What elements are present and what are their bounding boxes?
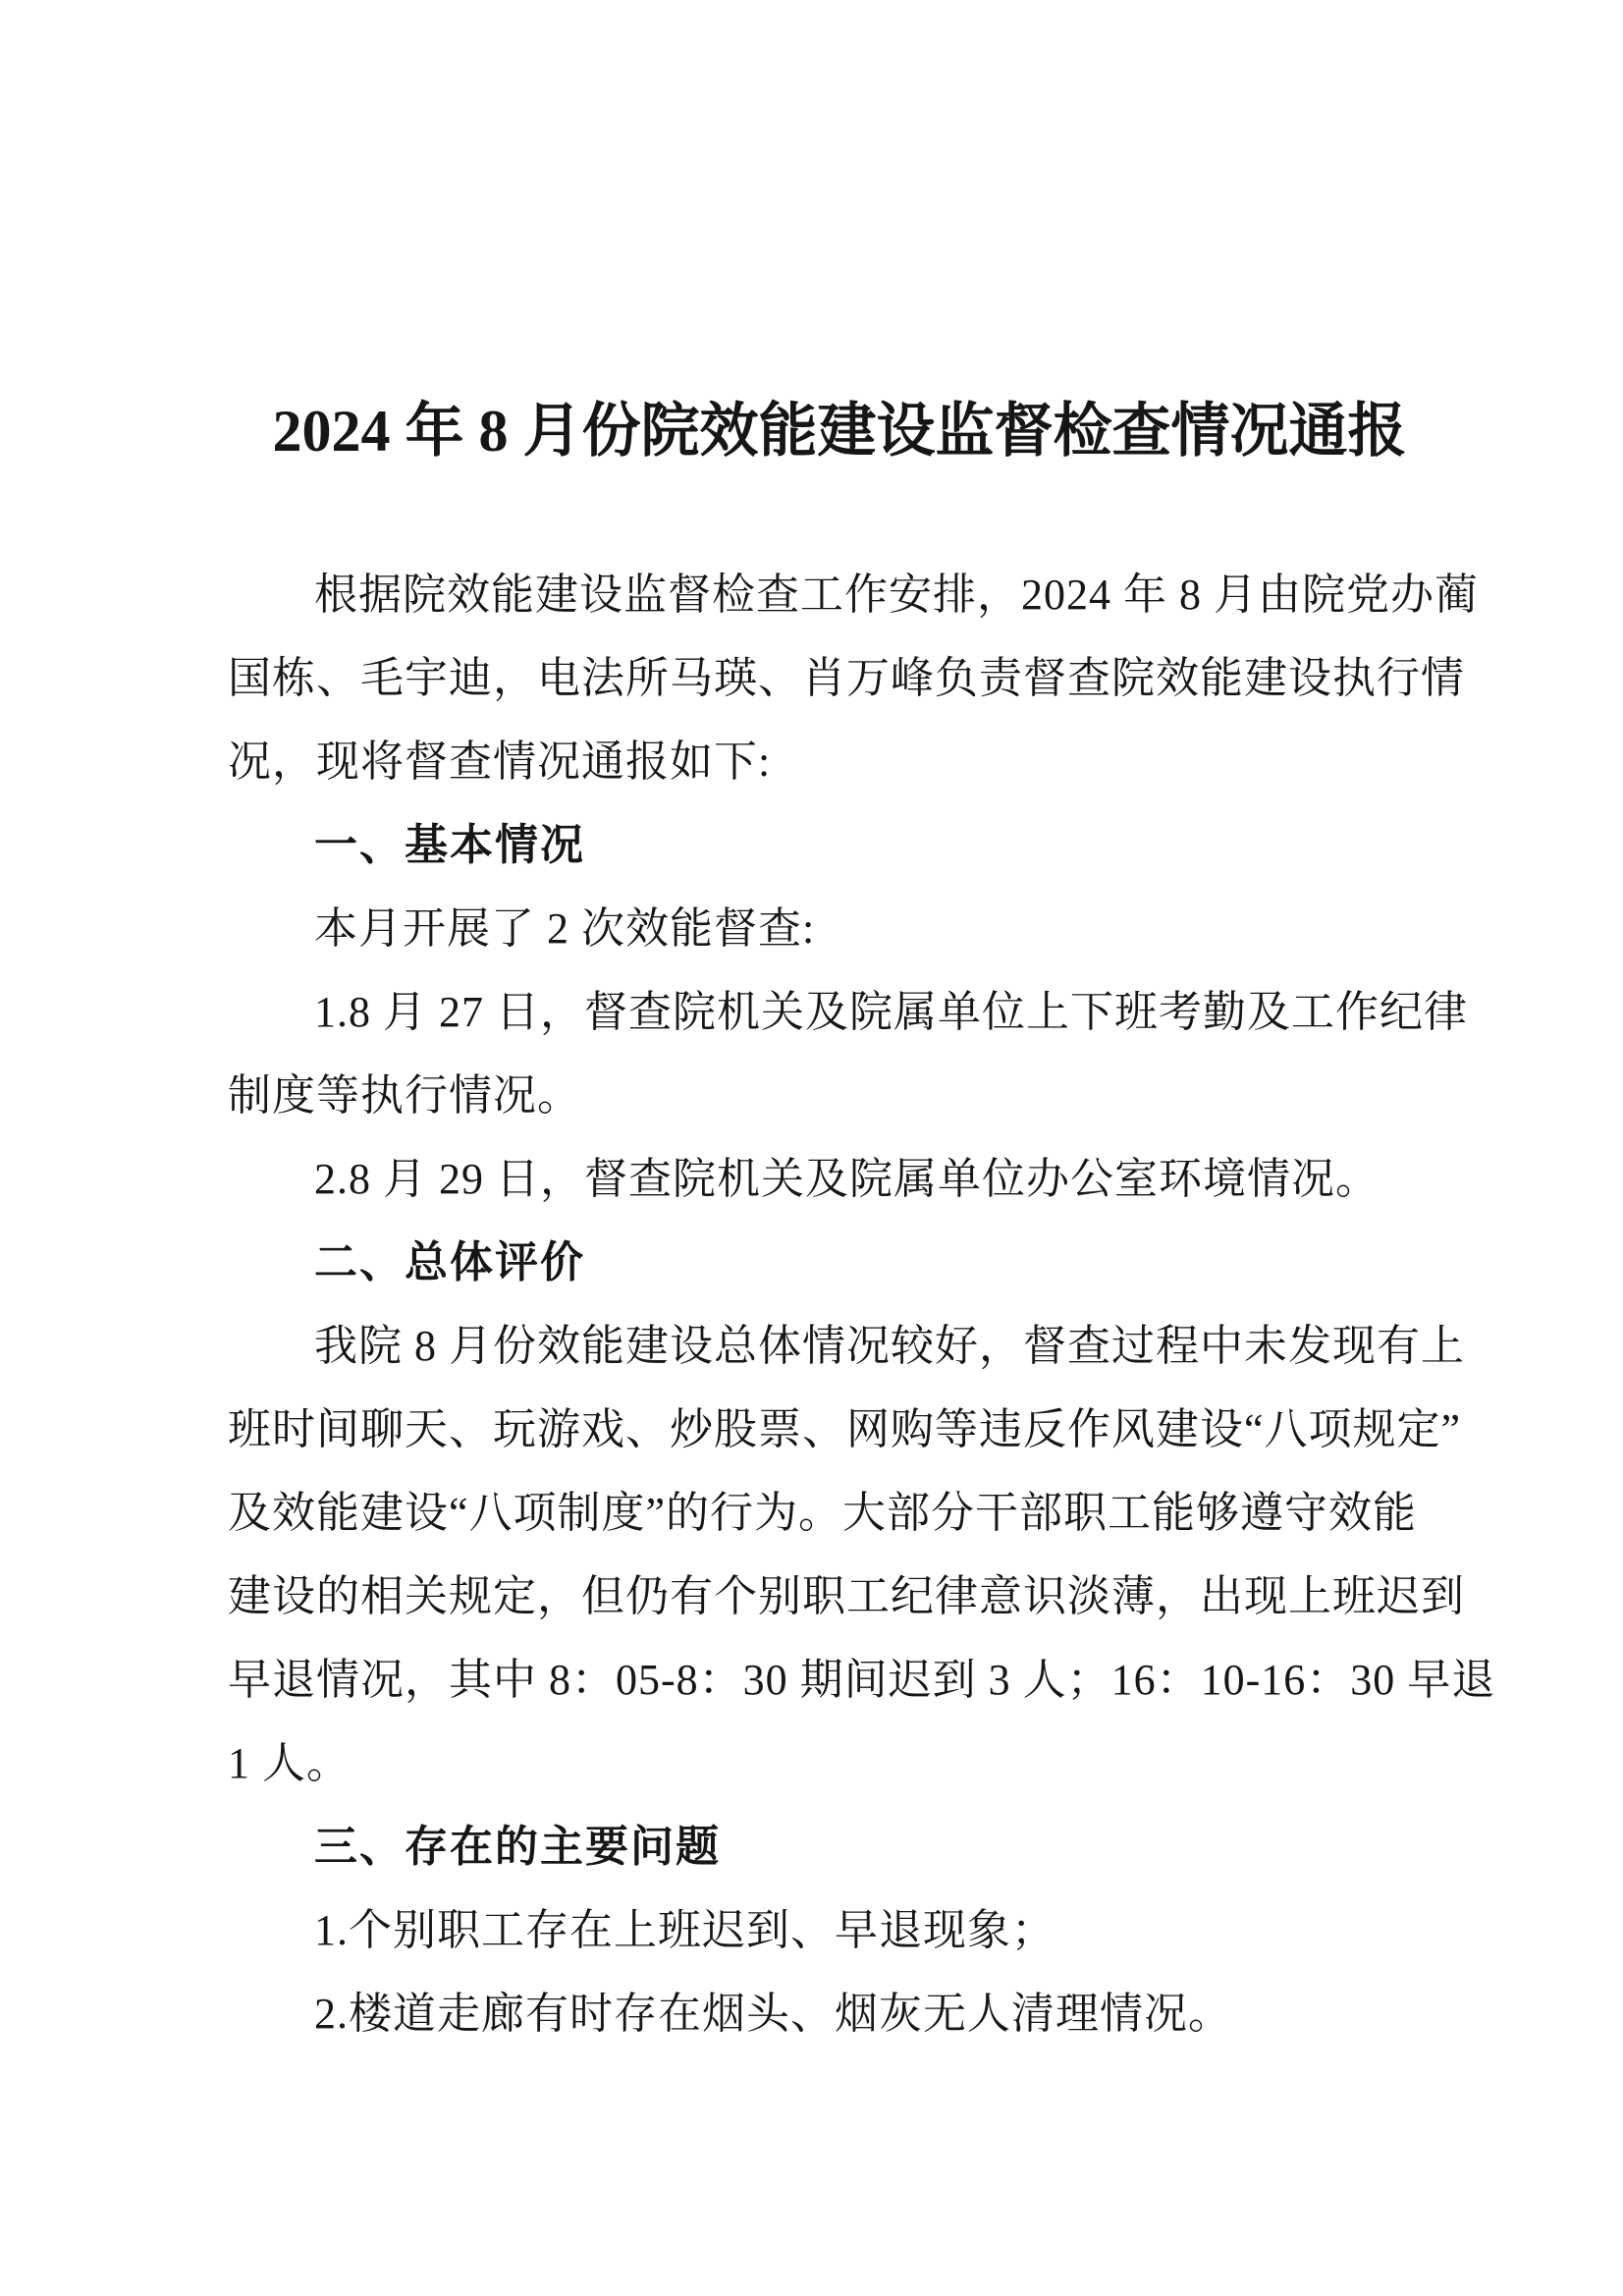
text-line: 根据院效能建设监督检查工作安排，2024 年 8 月由院党办蔺 [228, 553, 1451, 636]
text-line: 班时间聊天、玩游戏、炒股票、网购等违反作风建设“八项规定” [228, 1388, 1451, 1471]
text-line: 及效能建设“八项制度”的行为。大部分干部职工能够遵守效能 [228, 1471, 1451, 1555]
text-line: 制度等执行情况。 [228, 1054, 1451, 1137]
document-title: 2024 年 8 月份院效能建设监督检查情况通报 [228, 396, 1451, 466]
text-line: 早退情况，其中 8：05-8：30 期间迟到 3 人；16：10-16：30 早… [228, 1638, 1451, 1722]
text-line: 1 人。 [228, 1722, 1451, 1805]
document-content: 2024 年 8 月份院效能建设监督检查情况通报 根据院效能建设监督检查工作安排… [228, 396, 1451, 2055]
text-line: 1.8 月 27 日，督查院机关及院属单位上下班考勤及工作纪律 [228, 970, 1451, 1054]
text-line: 本月开展了 2 次效能督查: [228, 887, 1451, 970]
text-line: 2.楼道走廊有时存在烟头、烟灰无人清理情况。 [228, 1972, 1451, 2055]
section-heading-3: 三、存在的主要问题 [228, 1805, 1451, 1888]
scanned-document-page: 2024 年 8 月份院效能建设监督检查情况通报 根据院效能建设监督检查工作安排… [0, 0, 1623, 2296]
text-line: 我院 8 月份效能建设总体情况较好，督查过程中未发现有上 [228, 1304, 1451, 1388]
text-line: 建设的相关规定，但仍有个别职工纪律意识淡薄，出现上班迟到 [228, 1555, 1451, 1638]
text-line: 国栋、毛宇迪，电法所马瑛、肖万峰负责督查院效能建设执行情 [228, 636, 1451, 720]
text-line: 况，现将督查情况通报如下: [228, 720, 1451, 803]
section-heading-1: 一、基本情况 [228, 803, 1451, 887]
section-heading-2: 二、总体评价 [228, 1221, 1451, 1304]
text-line: 2.8 月 29 日，督查院机关及院属单位办公室环境情况。 [228, 1137, 1451, 1221]
text-line: 1.个别职工存在上班迟到、早退现象； [228, 1888, 1451, 1972]
